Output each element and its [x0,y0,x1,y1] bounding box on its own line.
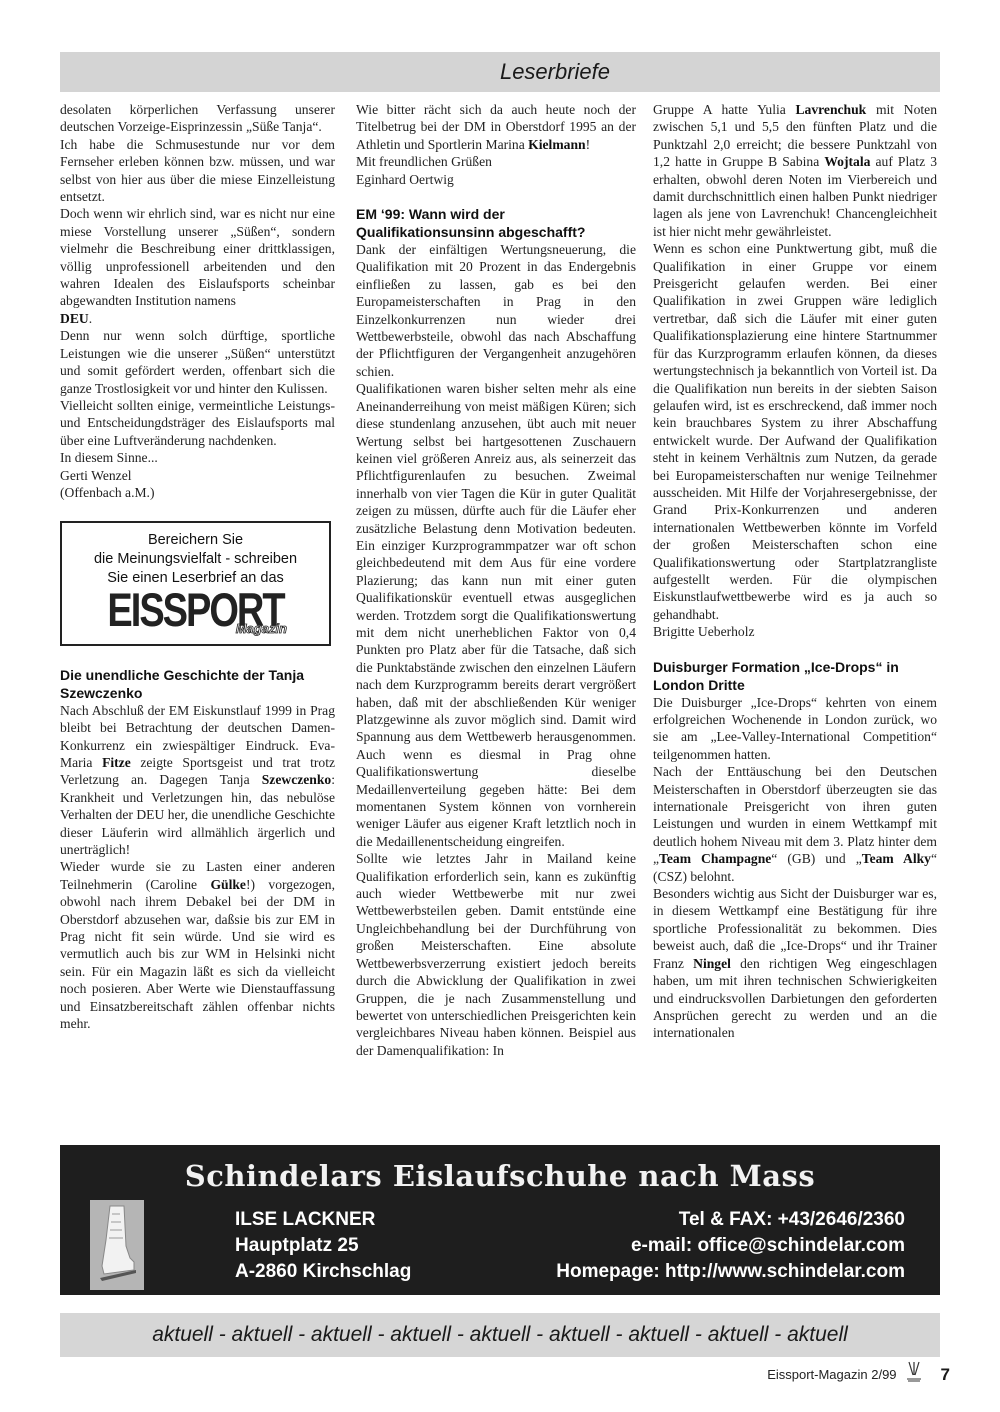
article-paragraph: Wenn es schon eine Punktwertung gibt, mu… [653,240,937,623]
article-paragraph: Nach der Enttäuschung bei den Deutschen … [653,763,937,885]
letter-signature: Brigitte Ueberholz [653,623,937,640]
ad-street: Hauptplatz 25 [235,1233,411,1259]
letter-closing: In diesem Sinne... [60,449,335,466]
section-header: Leserbriefe [60,52,940,92]
letter-paragraph: Denn nur wenn solch dürftige, sportliche… [60,327,335,397]
magazine-issue: Eissport-Magazin 2/99 [767,1367,896,1382]
article-paragraph: Besonders wichtig aus Sicht der Duisburg… [653,885,937,1042]
bold-name: DEU [60,311,89,326]
letter-signature: Gerti Wenzel [60,467,335,484]
letter-paragraph: Vielleicht sollten einige, vermeintliche… [60,397,335,449]
article-paragraph: Gruppe A hatte Yulia Lavrenchuk mit Note… [653,101,937,240]
column-2: Wie bitter rächt sich da auch heute noch… [356,101,636,1059]
article-paragraph: Die Duisburger „Ice-Drops“ kehrten von e… [653,694,937,764]
column-3: Gruppe A hatte Yulia Lavrenchuk mit Note… [653,101,937,1042]
section-title: Leserbriefe [500,59,610,85]
skater-logo-icon [905,1361,923,1388]
callout-line: Bereichern Sie [68,531,323,550]
schindelar-advertisement: Schindelars Eislaufschuhe nach Mass ILSE… [60,1145,940,1295]
column-1: desolaten körperlichen Verfassung unsere… [60,101,335,1032]
ice-skate-icon [90,1200,144,1290]
letter-paragraph: DEU. [60,310,335,327]
letter-closing: Mit freundlichen Grüßen [356,153,636,170]
ad-contact-name: ILSE LACKNER [235,1207,411,1233]
callout-line: die Meinungsvielfalt - schreiben [68,550,323,569]
page-folio: Eissport-Magazin 2/99 7 [767,1361,950,1388]
article-headline: Duisburger Formation „Ice-Drops“ in Lond… [653,658,937,694]
article-paragraph: Nach Abschluß der EM Eiskunstlauf 1999 i… [60,702,335,859]
article-paragraph: Dank der einfältigen Wertungsneuerung, d… [356,241,636,380]
write-letter-callout: Bereichern Sie die Meinungsvielfalt - sc… [60,521,331,645]
article-headline: EM ‘99: Wann wird der Qualifikationsunsi… [356,205,636,241]
article-paragraph: Qualifikationen waren bisher selten mehr… [356,380,636,850]
page-number: 7 [941,1365,950,1385]
letter-signature: Eginhard Oertwig [356,171,636,188]
letter-paragraph: Wie bitter rächt sich da auch heute noch… [356,101,636,153]
ad-phone: Tel & FAX: +43/2646/2360 [556,1207,905,1233]
letter-location: (Offenbach a.M.) [60,484,335,501]
article-headline: Die unendliche Geschichte der Tanja Szew… [60,666,335,702]
letter-paragraph: Ich habe die Schmusestunde nur vor dem F… [60,136,335,206]
ad-email[interactable]: e-mail: office@schindelar.com [556,1233,905,1259]
article-paragraph: Sollte wie letztes Jahr in Mailand keine… [356,850,636,1059]
ad-title: Schindelars Eislaufschuhe nach Mass [60,1159,940,1193]
footer-band: aktuell - aktuell - aktuell - aktuell - … [60,1313,940,1357]
letter-paragraph: Doch wenn wir ehrlich sind, war es nicht… [60,205,335,309]
ad-city: A-2860 Kirchschlag [235,1259,411,1285]
article-paragraph: Wieder wurde sie zu Lasten einer anderen… [60,858,335,1032]
eissport-logo: EISSPORT [107,588,283,636]
footer-band-text: aktuell - aktuell - aktuell - aktuell - … [152,1323,848,1347]
ad-homepage[interactable]: Homepage: http://www.schindelar.com [556,1259,905,1285]
letter-paragraph: desolaten körperlichen Verfassung unsere… [60,101,335,136]
ad-address: ILSE LACKNER Hauptplatz 25 A-2860 Kirchs… [235,1207,411,1285]
ad-contact-info: Tel & FAX: +43/2646/2360 e-mail: office@… [556,1207,905,1285]
